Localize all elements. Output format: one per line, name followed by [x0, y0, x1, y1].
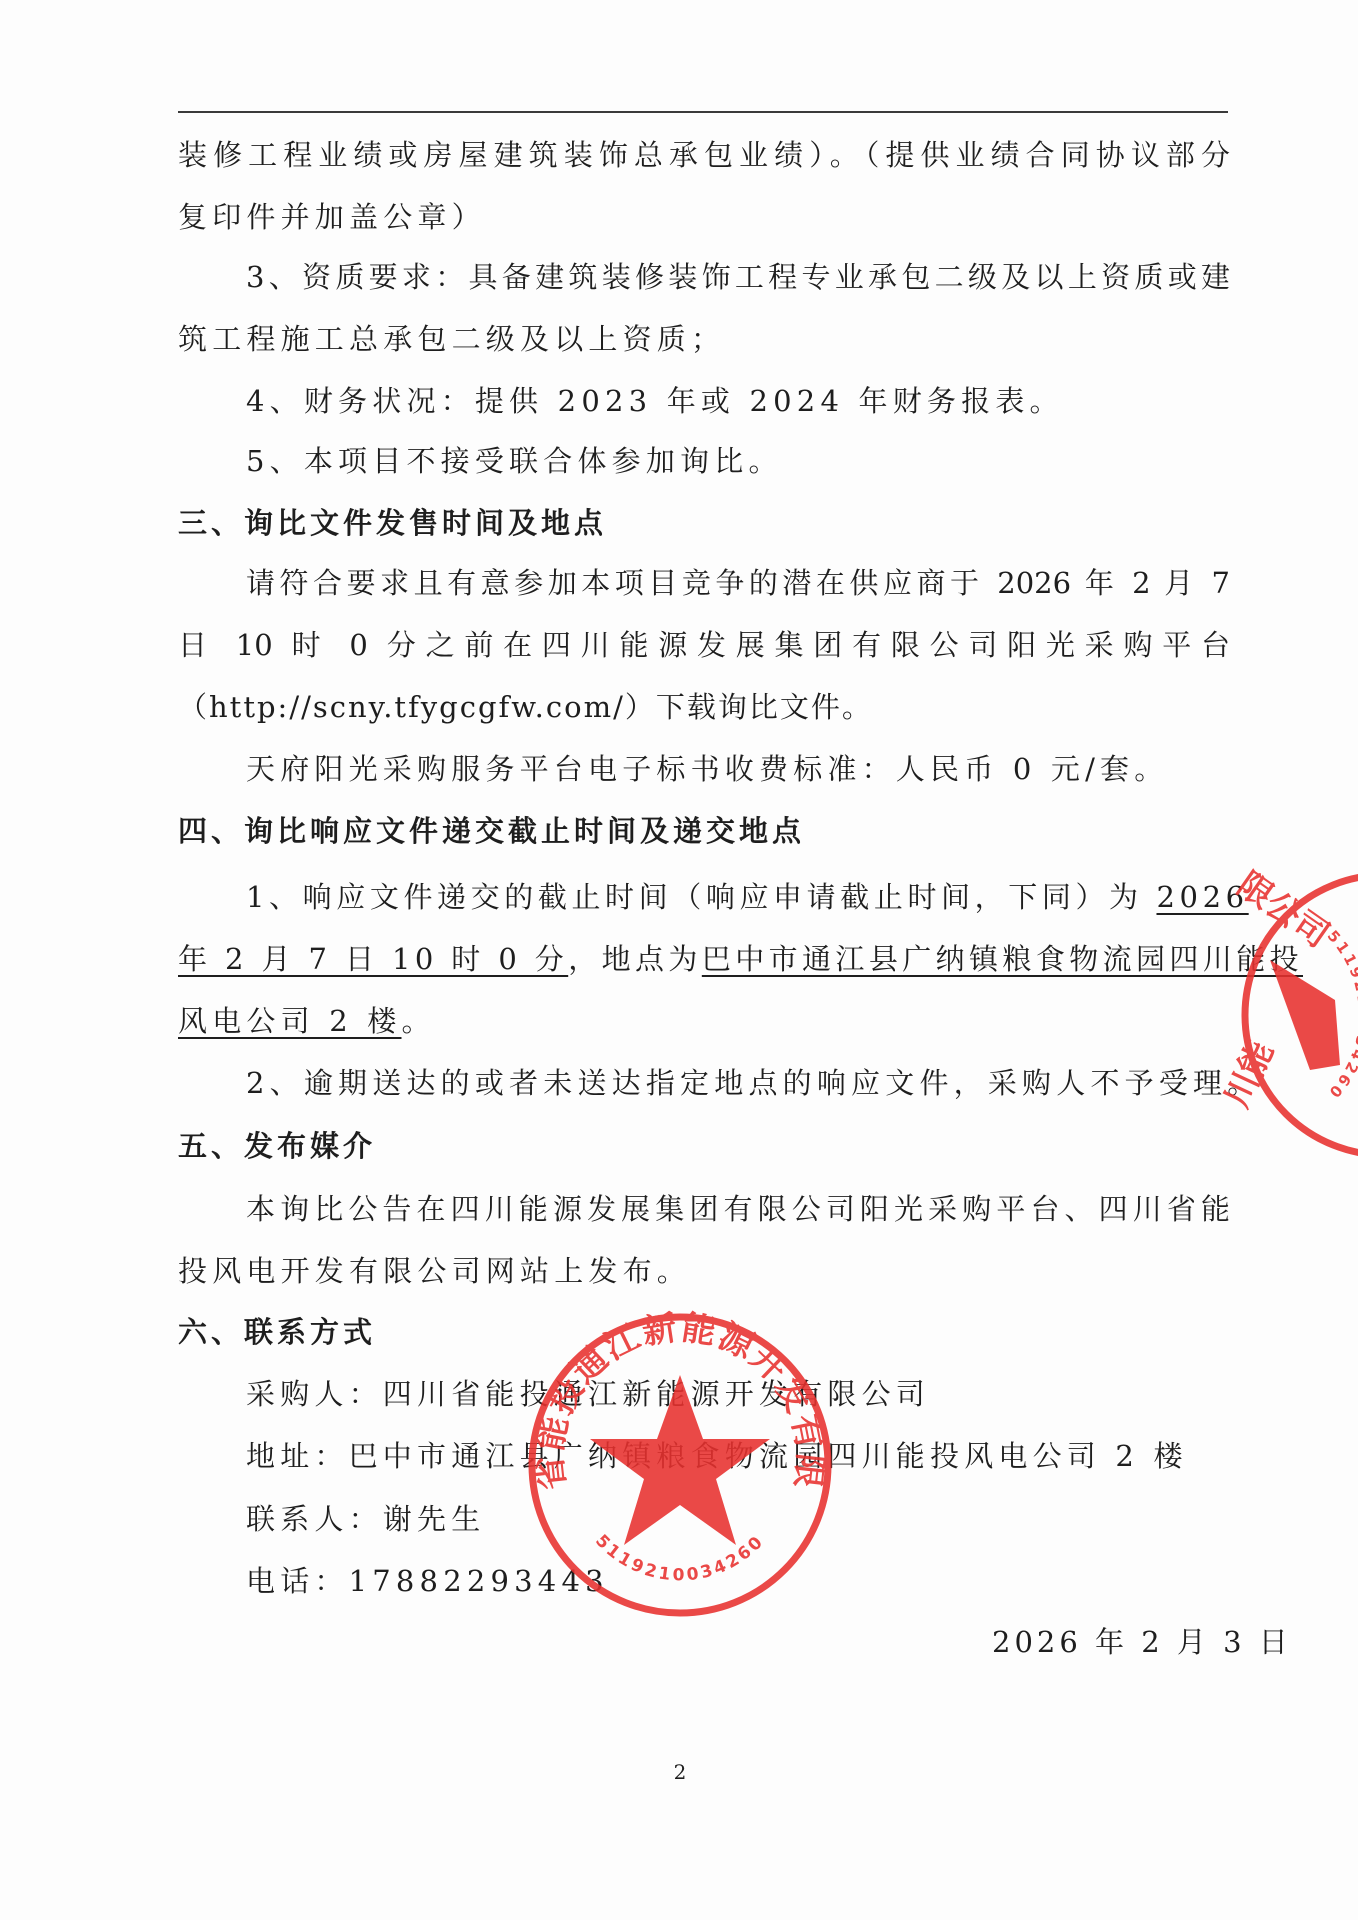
section-4-heading: 四、询比响应文件递交截止时间及递交地点 — [178, 811, 1230, 851]
section-3-paragraph-line-2: 日 10 时 0 分之前在四川能源发展集团有限公司阳光采购平台 — [178, 625, 1230, 665]
section-5-heading: 五、发布媒介 — [178, 1126, 1230, 1166]
page-number: 2 — [670, 1760, 690, 1784]
section-4-item-1-line-3: 风电公司 2 楼。 — [178, 1001, 1230, 1041]
continuation-line-2: 复印件并加盖公章） — [178, 197, 1230, 237]
requirement-4: 4、财务状况：提供 2023 年或 2024 年财务报表。 — [246, 381, 1230, 421]
requirement-5: 5、本项目不接受联合体参加询比。 — [246, 441, 1230, 481]
document-page: 装修工程业绩或房屋建筑装饰总承包业绩）。（提供业绩合同协议部分 复印件并加盖公章… — [0, 0, 1358, 1920]
section-3-paragraph-line-1: 请符合要求且有意参加本项目竞争的潜在供应商于 2026 年 2 月 7 — [246, 563, 1230, 603]
section-3-paragraph-line-3: （http://scny.tfygcgfw.com/）下载询比文件。 — [178, 687, 1230, 727]
section-6-heading: 六、联系方式 — [178, 1312, 1230, 1352]
issue-date: 2026 年 2 月 3 日 — [992, 1622, 1292, 1662]
delivery-location-part-1: 巴中市通江县广纳镇粮食物流园四川能投 — [702, 942, 1303, 976]
phone-line: 电话：17882293443 — [246, 1561, 1230, 1601]
requirement-3-line-2: 筑工程施工总承包二级及以上资质； — [178, 319, 1230, 359]
section-5-line-2: 投风电开发有限公司网站上发布。 — [178, 1251, 1230, 1291]
delivery-location-part-2: 风电公司 2 楼 — [178, 1004, 402, 1038]
svg-text:5119210034260: 5119210034260 — [1324, 927, 1358, 1103]
section-4-item-1-line-1: 1、响应文件递交的截止时间（响应申请截止时间，下同）为 2026 — [246, 877, 1230, 917]
deadline-year: 2026 — [1156, 880, 1248, 914]
section-5-line-1: 本询比公告在四川能源发展集团有限公司阳光采购平台、四川省能 — [246, 1189, 1230, 1229]
purchaser-line: 采购人：四川省能投通江新能源开发有限公司 — [246, 1374, 1230, 1414]
section-3-fee-line: 天府阳光采购服务平台电子标书收费标准：人民币 0 元/套。 — [246, 749, 1230, 789]
header-rule — [178, 111, 1228, 113]
address-line: 地址：巴中市通江县广纳镇粮食物流园四川能投风电公司 2 楼 — [246, 1436, 1230, 1476]
deadline-date-time: 年 2 月 7 日 10 时 0 分 — [178, 942, 568, 976]
sentence-end: 。 — [402, 1004, 436, 1038]
location-label: ，地点为 — [568, 942, 702, 976]
requirement-3-line-1: 3、资质要求：具备建筑装修装饰工程专业承包二级及以上资质或建 — [246, 257, 1230, 297]
contact-person-line: 联系人：谢先生 — [246, 1499, 1230, 1539]
continuation-line-1: 装修工程业绩或房屋建筑装饰总承包业绩）。（提供业绩合同协议部分 — [178, 135, 1230, 175]
section-4-item-1-line-2: 年 2 月 7 日 10 时 0 分，地点为巴中市通江县广纳镇粮食物流园四川能投 — [178, 939, 1230, 979]
item-1-prefix: 1、响应文件递交的截止时间（响应申请截止时间，下同）为 — [246, 880, 1156, 914]
section-3-heading: 三、询比文件发售时间及地点 — [178, 503, 1230, 543]
section-4-item-2: 2、逾期送达的或者未送达指定地点的响应文件，采购人不予受理。 — [246, 1063, 1230, 1103]
